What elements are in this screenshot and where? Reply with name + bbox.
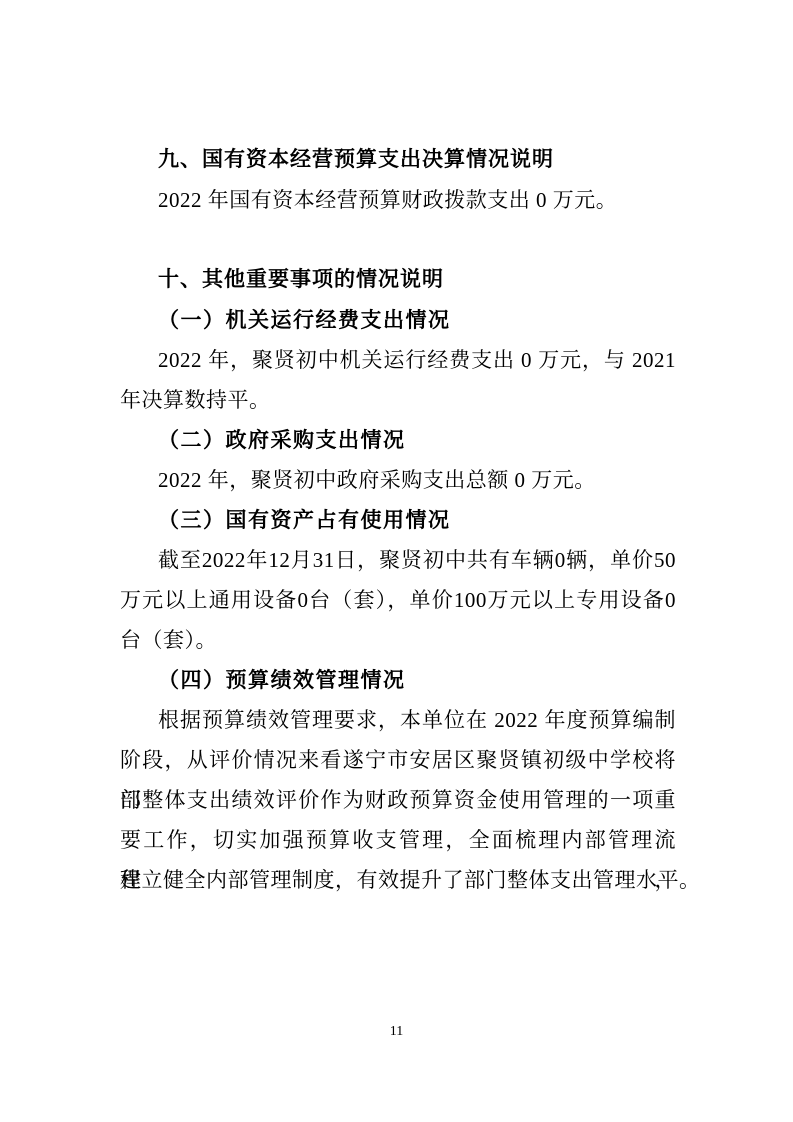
subsection-4-line: 根据预算绩效管理要求，本单位在 2022 年度预算编制: [120, 700, 676, 740]
subsection-1-line: 2022 年，聚贤初中机关运行经费支出 0 万元，与 2021: [120, 340, 676, 380]
section-9-paragraph: 2022 年国有资本经营预算财政拨款支出 0 万元。: [120, 180, 676, 220]
subsection-1-heading: （一）机关运行经费支出情况: [120, 300, 676, 340]
subsection-4-line: 要工作，切实加强预算收支管理，全面梳理内部管理流程，: [120, 820, 676, 860]
section-10-heading: 十、其他重要事项的情况说明: [120, 260, 676, 300]
subsection-4-line: 阶段，从评价情况来看遂宁市安居区聚贤镇初级中学校将部: [120, 740, 676, 780]
subsection-2-heading: （二）政府采购支出情况: [120, 420, 676, 460]
subsection-1-line: 年决算数持平。: [120, 380, 676, 420]
section-9-heading: 九、国有资本经营预算支出决算情况说明: [120, 140, 676, 180]
page-number: 11: [0, 1022, 793, 1042]
document-page: 九、国有资本经营预算支出决算情况说明 2022 年国有资本经营预算财政拨款支出 …: [0, 0, 793, 1122]
subsection-3-line: 万元以上通用设备0台（套），单价100万元以上专用设备0: [120, 580, 676, 620]
subsection-3-line: 截至2022年12月31日，聚贤初中共有车辆0辆，单价50: [120, 540, 676, 580]
subsection-2-line: 2022 年，聚贤初中政府采购支出总额 0 万元。: [120, 460, 676, 500]
subsection-3-line: 台（套）。: [120, 620, 676, 660]
subsection-4-line: 建立健全内部管理制度，有效提升了部门整体支出管理水平。: [120, 860, 676, 900]
subsection-4-line: 门整体支出绩效评价作为财政预算资金使用管理的一项重: [120, 780, 676, 820]
document-content: 九、国有资本经营预算支出决算情况说明 2022 年国有资本经营预算财政拨款支出 …: [0, 0, 793, 900]
subsection-3-heading: （三）国有资产占有使用情况: [120, 500, 676, 540]
subsection-4-heading: （四）预算绩效管理情况: [120, 660, 676, 700]
